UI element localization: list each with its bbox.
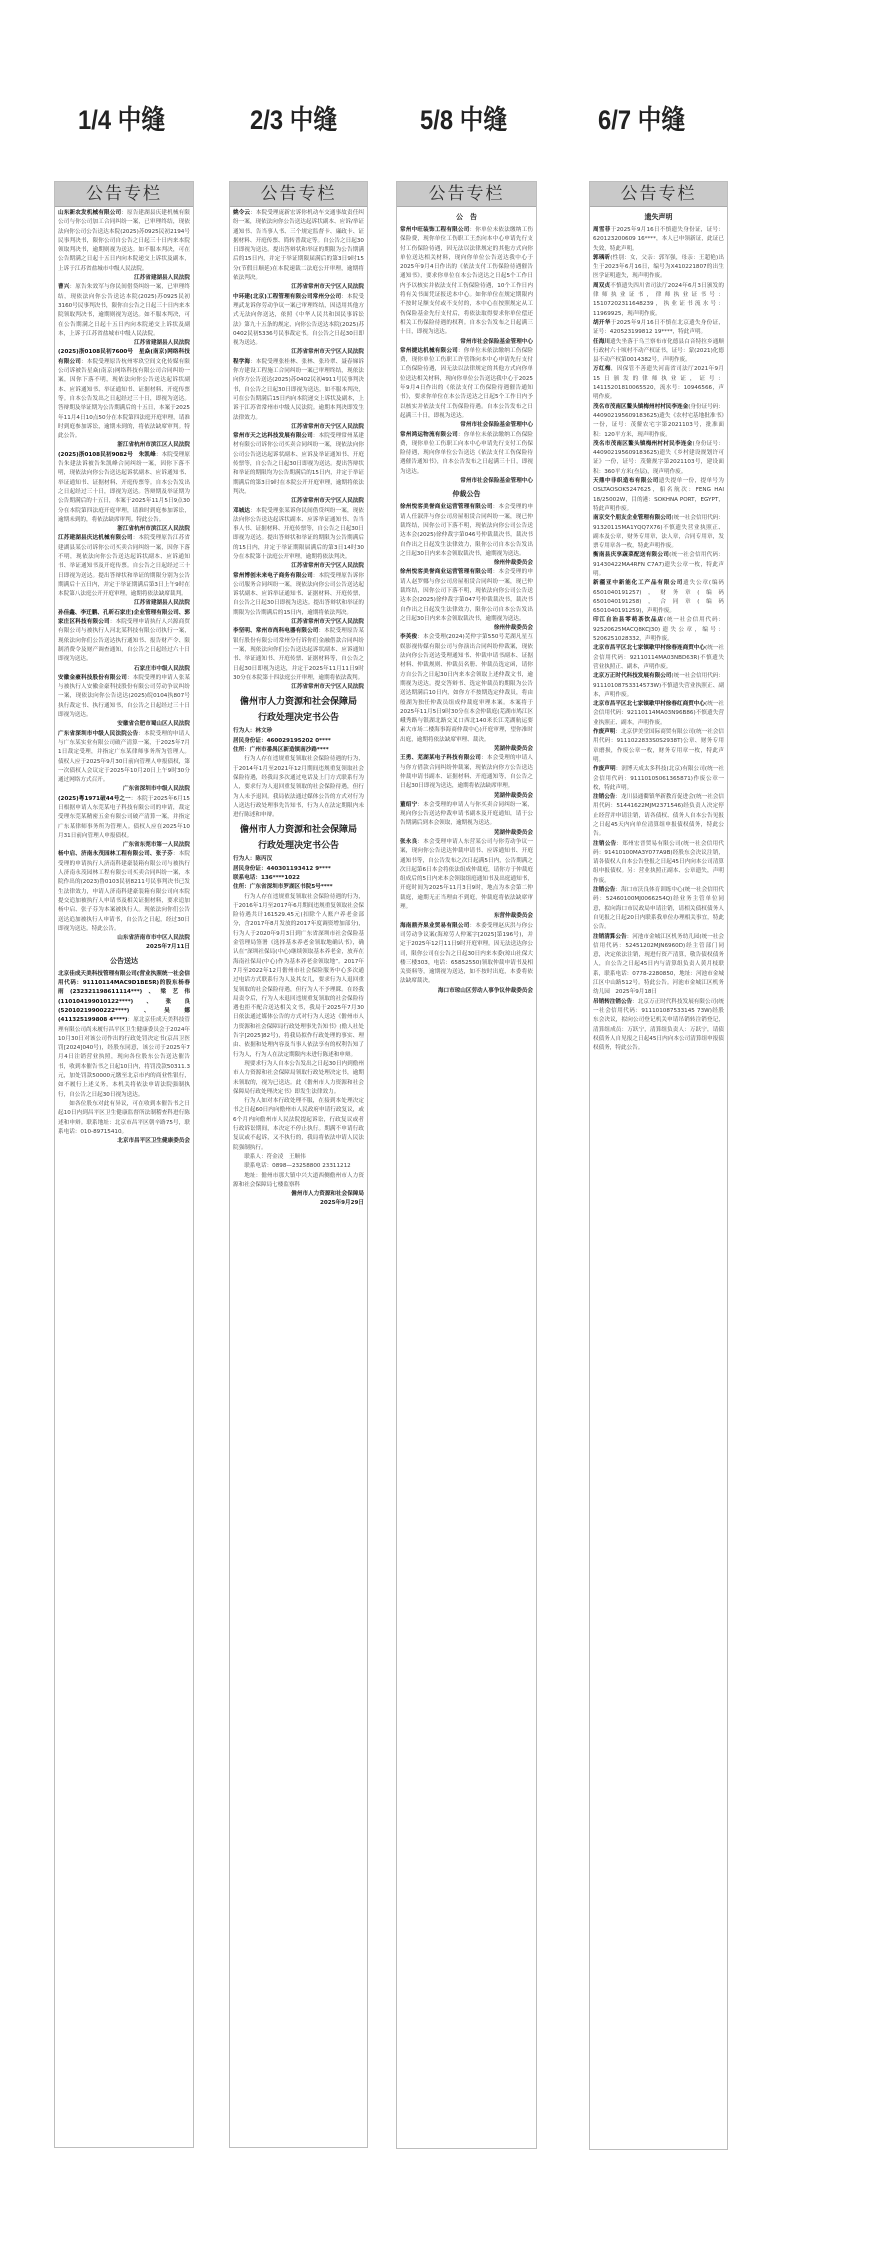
notice-item: 天鼎中非织造布有限公司遗失提单一份，提单号为OSLTAOSOK5247625，船… (593, 477, 724, 514)
issuer-signature: 芜湖仲裁委员会 (400, 792, 533, 801)
notice-party-name: 广东省深圳市中级人民法院公告 (58, 731, 138, 737)
notice-party-name: 任海川 (593, 339, 610, 345)
column-body: 姚令云：本院受理庞新宏诉你机动车交通事故责任纠纷一案，现依法向你公告送达起诉状副… (230, 207, 367, 1212)
notice-text: (性别：女，父亲：郭军强，母亲：王超艳)出生于2023年6月16日，编号为X41… (593, 255, 724, 280)
notice-date: 2025年9月29日 (233, 1199, 364, 1208)
notice-text: ：原告朱效军与你民间借贷纠纷一案，已审理终结，现依法向你公告送达本院(2025)… (58, 284, 190, 336)
notice-party-name: 徐州悦客美誉商业运营管理有限公司 (400, 504, 493, 510)
notice-item: 印江自治县零萌茶饮品店(统一社会信用代码：92520625MACQ8KCJ30)… (593, 616, 724, 644)
notice-party-name: 姚令云 (233, 210, 250, 216)
notice-text: ：本院受理常州某建材有限公司诉你公司买卖合同纠纷一案，现依法向你公司公告送达起诉… (233, 433, 364, 495)
field-value: 广州市番禺区新造镇南沙路**** (250, 747, 329, 753)
notice-item: 北京市昌平区北七家镇歇甲村徐春连商贸中心(统一社会信用代码：92110114MA… (593, 644, 724, 672)
notice-party-name: 董绍宁 (400, 802, 417, 808)
notice-item: (2025)粤1971破44号之一：本院于2025年6月15日根据申请人东莞某电… (58, 795, 190, 841)
notice-item: 吊销转注销公告：北京万正时代科技发展有限公司(统一社会信用代码：91110108… (593, 998, 724, 1054)
notice-party-name: 北京佳成天美科技管理有限公司(营业执照统一社会信用代码：91110114MAC9… (58, 971, 190, 1023)
section-title: 仲裁公告 (400, 488, 533, 501)
issuer-signature: 江苏省常州市天宁区人民法院 (233, 283, 364, 292)
contact-line: 联系电话：0898—23258800 23311212 (233, 1162, 364, 1171)
notice-item: (2025)浙0108民初9082号 朱凯峰：本院受理原告朱建法诉被告朱凯峰合同… (58, 451, 190, 525)
notice-text: ：你单位未依法缴纳工伤保险费，现你单位工伤职工王杰向本中心申请先行支付工伤保险待… (400, 227, 533, 335)
decision-title: 儋州市人力资源和社会保障局 (233, 696, 364, 708)
notice-text: ：本院受理武龙诉你劳动争议一案已审理终结，因适用其他方式无法向你送达，依照《中华… (233, 294, 364, 346)
issuer-signature: 石家庄市中级人民法院 (58, 665, 190, 674)
notice-item: 郭瑀昕(性别：女，父亲：郭军强，母亲：王超艳)出生于2023年6月16日，编号为… (593, 254, 724, 282)
notice-item: 注销公告：海口市沃良体育训练中心(统一社会信用代码：52460100MJ0066… (593, 886, 724, 932)
notice-text: ：你单位未依法缴纳工伤保险费，现你单位工伤职工向本中心申请先行支付工伤保险待遇，… (400, 432, 533, 475)
field-label: 住所： (233, 747, 250, 753)
decision-title: 行政处理决定书公告 (233, 712, 364, 724)
notice-party-name: 茂名市茂南区鳌头镇梅州村村民李连金 (593, 404, 688, 410)
issuer-signature: 江苏省常州市天宁区人民法院 (233, 562, 364, 571)
notice-party-name: 南京交个朋友企业管理有限公司 (593, 515, 671, 521)
issuer-signature: 广东省深圳市中级人民法院 (58, 785, 190, 794)
notice-party-name: 曹兴 (58, 284, 70, 290)
issuer-signature: 山东省济南市市中区人民法院 (58, 934, 190, 943)
notice-text: ：本院受理原告诉你公司服务合同纠纷一案，现依法向你公司公告送达起诉状副本、应诉举… (233, 573, 364, 616)
issuer-signature: 浙江省杭州市滨江区人民法院 (58, 525, 190, 534)
field-row: 行为人：陈丙汉 (233, 855, 364, 864)
notice-item: 董绍宁：本会受理的申请人与你买卖合同纠纷一案，现向你公告送达仲裁申请书副本及开庭… (400, 801, 533, 829)
notice-party-name: 茂名市茂南区鳌头镇梅州村村民李连金 (593, 441, 693, 447)
notice-item: 任海川遗失坐落于乌兰察布市化德县白音特拉乡通顺行政村六十顷村不动产权证书，证号：… (593, 338, 724, 366)
notice-party-name: 常州市天之达科技发展有限公司 (233, 433, 313, 439)
notice-party-name: 天鼎中非织造布有限公司 (593, 478, 659, 484)
notice-text: ：本会受理的申请人赵罗娜与你公司房屋租赁合同纠纷一案，现已仲裁终结，因你公司下落… (400, 569, 533, 621)
notice-text: ：本院受理的申请人张某与被执行人安徽金豪科技股份有限公司劳动争议纠纷一案，现依法… (58, 675, 190, 718)
notice-text: ：本院受理原告杭州零玖空间文化传媒有限公司诉被告星焱(南京)网络科技有限公司合同… (58, 359, 190, 439)
notice-text: ：北京万正时代科技发展有限公司(统一社会信用代码：911101087533145… (593, 999, 724, 1051)
notice-text: ：本院受理的申请人与广东某实业有限公司破产清算一案，于2025年7月1日裁定受理… (58, 731, 190, 783)
notice-item: 孙佳鑫、李迁鹏、孔昕石家庄)企业管理有限公司、郭家庄区科技有限公司：本院受理申请… (58, 609, 190, 665)
notice-party-name: 常州捷达机械有限公司 (400, 348, 458, 354)
notice-text: ：本院受理的申请执行人济南科建豪装箱有限公司与被执行人济南永茂园林工程有限公司买… (58, 851, 190, 931)
issuer-signature: 芜湖仲裁委员会 (400, 745, 533, 754)
column-body: 公 告常州中旺装饰工程有限公司：你单位未依法缴纳工伤保险费，现你单位工伤职工王杰… (397, 207, 536, 999)
notice-text: ：本院受理原告朱建法诉被告朱凯峰合同纠纷一案，因你下落不明，现依法向你公告送达起… (58, 452, 190, 523)
notice-item: 北京市昌平区北七家镇歇甲村徐春红商贸中心(统一社会信用代码：92110114MA… (593, 700, 724, 728)
notice-item: 广东省深圳市中级人民法院公告：本院受理的申请人与广东某实业有限公司破产清算一案，… (58, 730, 190, 786)
notice-party-name: 北京市昌平区北七家镇歇甲村徐春红商贸中心 (593, 701, 705, 707)
notice-item: 海南鼎齐果业贸易有限公司：本委受理赵庆洪与你公司劳动争议案(海琼劳人仲案字[20… (400, 922, 533, 987)
notice-party-name: 印江自治县零萌茶饮品店 (593, 617, 664, 623)
field-value: 136****1022 (261, 875, 300, 881)
notice-party-name: 常州中旺装饰工程有限公司 (400, 227, 469, 233)
notice-party-name: 李英俊 (400, 634, 417, 640)
decision-title: 行政处理决定书公告 (233, 840, 364, 852)
notice-party-name: 安徽金豪科技股份有限公司 (58, 675, 127, 681)
column-header: 公告专栏 (230, 182, 367, 207)
issuer-signature: 江苏省常州市天宁区人民法院 (233, 497, 364, 506)
notice-item: 作废声明：北京伊美堂国际商贸有限公司(统一社会信用代码：9111022833S0… (593, 728, 724, 765)
notice-text: 于2025年9月16日不慎在北京遗失身份证，证号：420523199812 19… (593, 320, 724, 335)
issuer-signature: 江苏省常州市天宁区人民法院 (233, 618, 364, 627)
field-row: 住所：广州市番禺区新造镇南沙路**** (233, 746, 364, 755)
issuer-signature: 海口市琼山区劳动人事争议仲裁委员会 (400, 987, 533, 996)
notice-party-name: 周双贞 (593, 283, 610, 289)
issuer-signature: 徐州仲裁委员会 (400, 624, 533, 633)
notice-party-name: (2025)粤1971破44号之一 (58, 796, 131, 802)
notice-text: 不慎遗失四川省司法厅2024年6月3日颁发的律师执业证书，律师执业证书号：151… (593, 283, 724, 317)
notice-party-name: (2025)浙0108民初9082号 朱凯峰 (58, 452, 156, 458)
notice-party-name: 常州博创未来电子商务有限公司 (233, 573, 313, 579)
notice-paragraph: 现要求行为人自本公告发出之日起30日内到儋州市人力资源和社会保障局领取行政处理决… (233, 1060, 364, 1097)
notice-item: 注销公告：龙川县通衢镇华新教育促进会(统一社会信用代码：51441622MJM2… (593, 793, 724, 839)
column-label-6-7: 6/7 中缝 (598, 98, 685, 137)
section-title: 公 告 (400, 211, 533, 224)
field-label: 居民身份证： (233, 738, 267, 744)
notice-party-name: 新疆亚中新能化工产品有限公司 (593, 580, 683, 586)
notice-text: ：本院受理张某诉你民间借贷纠纷一案，现依法向你公告送达起诉状副本、应诉举证通知书… (233, 508, 364, 560)
notice-text: ：本会受理的申请人与你买卖合同纠纷一案，现向你公告送达仲裁申请书副本及开庭通知，… (400, 802, 533, 827)
notice-party-name: 北京市昌平区北七家镇歇甲村徐春连商贸中心 (593, 645, 705, 651)
notice-column-4: 公告专栏 遗失声明周雪菲于2025年9月16日不慎遗失身份证，证号：620123… (589, 181, 728, 2150)
notice-item: 常州市天之达科技发展有限公司：本院受理常州某建材有限公司诉你公司买卖合同纠纷一案… (233, 432, 364, 497)
column-label-2-3: 2/3 中缝 (250, 98, 337, 137)
notice-text: ：原北京佳成天美科技管理有限公司尚未履行昌平区卫生健康委员会于2024年10月3… (58, 1017, 190, 1097)
column-header: 公告专栏 (590, 182, 727, 207)
notice-text: ：本会受理(2024)芜仲字第550号芜湖凡星互娱影视传媒有限公司与你演出合同纠… (400, 634, 533, 742)
notice-item: 安徽金豪科技股份有限公司：本院受理的申请人张某与被执行人安徽金豪科技股份有限公司… (58, 674, 190, 720)
notice-party-name: 张永良 (400, 839, 417, 845)
notice-item: 姚令云：本院受理庞新宏诉你机动车交通事故责任纠纷一案，现依法向你公告送达起诉状副… (233, 209, 364, 283)
notice-party-name: 山东新农发机械有限公司 (58, 210, 121, 216)
notice-party-name: 常州鸿运物流有限公司 (400, 432, 458, 438)
notice-text: ：本院受理张桂林、张林、张玲翠、聂春娣诉你方建设工程施工合同纠纷一案已审理终结，… (233, 359, 364, 421)
notice-text: ：本院受理庞新宏诉你机动车交通事故责任纠纷一案，现依法向你公告送达起诉状副本、应… (233, 210, 364, 281)
issuer-signature: 芜湖仲裁委员会 (400, 829, 533, 838)
notice-party-name: 万红梅 (593, 366, 611, 372)
column-header: 公告专栏 (55, 182, 193, 207)
notice-text: ：河池市金城江区机务幼儿园(统一社会信用代码：52451202MJN6960D)… (593, 934, 724, 996)
notice-party-name: 胡开华 (593, 320, 611, 326)
notice-party-name: 邓城达 (233, 508, 250, 514)
decision-title: 儋州市人力资源和社会保障局 (233, 824, 364, 836)
field-value: 林文珍 (255, 728, 272, 734)
notice-item: 程学海：本院受理张桂林、张林、张玲翠、聂春娣诉你方建设工程施工合同纠纷一案已审理… (233, 358, 364, 423)
field-value: 陈丙汉 (255, 856, 272, 862)
issuer-signature: 江苏省常州市天宁区人民法院 (233, 423, 364, 432)
notice-item: 衡南县庆享蔬菜配送有限公司(统一社会信用代码：91430422MA4RFN C7… (593, 551, 724, 579)
notice-item: 王勇、芜湖某电子科技有限公司：本会受理的申请人与你方借款合同纠纷仲裁案，现依法向… (400, 754, 533, 791)
notice-item: 注销公告：郑州宏晋贸易有限公司(统一社会信用代码：91410100MA3Y077… (593, 840, 724, 886)
field-row: 居民身份证：460029195202 0**** (233, 737, 364, 746)
notice-item: 李英俊：本会受理(2024)芜仲字第550号芜湖凡星互娱影视传媒有限公司与你演出… (400, 633, 533, 745)
notice-paragraph: 行为人存在违规重复领取社会保险待遇的行为，于2014年1月至2021年12月期间… (233, 755, 364, 820)
column-label-5-8: 5/8 中缝 (420, 98, 507, 137)
contact-line: 地址：儋州市那大镇中兴大道西侧儋州市人力资源和社会保障局七楼监察科 (233, 1172, 364, 1191)
section-title: 遗失声明 (593, 211, 724, 224)
notice-item: 常州捷达机械有限公司：你单位未依法缴纳工伤保险费，现你单位工伤职工许管锋向本中心… (400, 347, 533, 421)
notice-text: ：海口市沃良体育训练中心(统一社会信用代码：52460100MJ0066254Q… (593, 887, 724, 930)
issuer-signature: 江苏省建湖县人民法院 (58, 274, 190, 283)
field-row: 联系电话：136****1022 (233, 874, 364, 883)
field-row: 居民身份证：440301193412 9**** (233, 865, 364, 874)
notice-party-name: 吊销转注销公告 (593, 999, 632, 1005)
notice-item: 茂名市茂南区鳌头镇梅州村村民李连金(身份证号码：4409021956091836… (593, 403, 724, 440)
notice-text: ：原告建湖县庆建机械有限公司与你公司加工合同纠纷一案，已审理终结，现依法向你公司… (58, 210, 190, 272)
notice-text: ：你单位未依法缴纳工伤保险费，现你单位工伤职工许管锋向本中心申请先行支付工伤保险… (400, 348, 533, 419)
notice-party-name: 周雪菲 (593, 227, 611, 233)
notice-column-2: 公告专栏 姚令云：本院受理庞新宏诉你机动车交通事故责任纠纷一案，现依法向你公告送… (229, 181, 368, 2148)
issuer-signature: 北京市昌平区卫生健康委员会 (58, 1137, 190, 1146)
issuer-signature: 安徽省合肥市蜀山区人民法院 (58, 720, 190, 729)
notice-date: 2025年7月11日 (58, 943, 190, 952)
notice-item: 张永良：本会受理申请人东营某公司与你劳动争议一案，现向你公告送达仲裁申请书、应诉… (400, 838, 533, 912)
notice-party-name: 王勇、芜湖某电子科技有限公司 (400, 755, 481, 761)
notice-item: 周雪菲于2025年9月16日不慎遗失身份证，证号：620123200609 16… (593, 226, 724, 254)
issuer-signature: 东营仲裁委员会 (400, 912, 533, 921)
column-label-1-4: 1/4 中缝 (78, 98, 165, 137)
contact-line: 联系人：符金凌 王顺伟 (233, 1153, 364, 1162)
notice-party-name: 程学海 (233, 359, 250, 365)
notice-item: 杨中启、济南永茂园林工程有限公司、张子芬：本院受理的申请执行人济南科建豪装箱有限… (58, 850, 190, 934)
notice-text: ：本委受理赵庆洪与你公司劳动争议案(海琼劳人仲案字[2025]第196号)，并定… (400, 923, 533, 985)
notice-item: 北京万正时代科技发展有限公司(统一社会信用代码：9111010875331457… (593, 672, 724, 700)
notice-party-name: 注销清算公告 (593, 934, 627, 940)
notice-item: 周双贞不慎遗失四川省司法厅2024年6月3日颁发的律师执业证书，律师执业证书号：… (593, 282, 724, 319)
notice-text: ：郑州宏晋贸易有限公司(统一社会信用代码：91410100MA3Y077A9B)… (593, 841, 724, 884)
issuer-signature: 常州市社会保险基金管理中心 (400, 477, 533, 486)
column-header: 公告专栏 (397, 182, 536, 207)
notice-party-name: 中环建(北京)工程管理有限公司常州分公司 (233, 294, 341, 300)
notice-party-name: 作废声明 (593, 766, 616, 772)
notice-party-name: 郭瑀昕 (593, 255, 610, 261)
notice-text: ：本院于2025年6月15日根据申请人东莞某电子科技有限公司的申请，裁定受理东莞… (58, 796, 190, 839)
notice-text: 于2025年9月16日不慎遗失身份证，证号：620123200609 16***… (593, 227, 724, 252)
notice-party-name: 衡南县庆享蔬菜配送有限公司 (593, 552, 669, 558)
notice-item: 徐州悦客美誉商业运营管理有限公司：本会受理的申请人任淑萍与你公司房屋租赁合同纠纷… (400, 503, 533, 559)
issuer-signature: 江苏省常州市天宁区人民法院 (233, 348, 364, 357)
notice-item: (2025)浙0108民初7600号 星焱(南京)网络科技有限公司：本院受理原告… (58, 348, 190, 441)
notice-item: 北京佳成天美科技管理有限公司(营业执照统一社会信用代码：91110114MAC9… (58, 970, 190, 1100)
notice-party-name: 海南鼎齐果业贸易有限公司 (400, 923, 469, 929)
notice-item: 常州鸿运物流有限公司：你单位未依法缴纳工伤保险费，现你单位工伤职工向本中心申请先… (400, 431, 533, 477)
notice-text: ：本院受理原告某银行股份有限公司常州分行诉你们金融借款合同纠纷一案，现依法向你们… (233, 628, 364, 680)
notice-party-name: 李坚明、常州市尚科电器有限公司 (233, 628, 318, 634)
field-value: 460029195202 0**** (267, 738, 331, 744)
notice-item: 徐州悦客美誉商业运营管理有限公司：本会受理的申请人赵罗娜与你公司房屋租赁合同纠纷… (400, 568, 533, 624)
notice-paragraph: 如各位股东对此有异议，可在收到本催告书之日起10日内到昌平区卫生健康监督所法制稽… (58, 1100, 190, 1137)
notice-text: ：本院受理原告江苏省建湖县某公司诉你公司买卖合同纠纷一案，因你下落不明，现依法向… (58, 535, 190, 597)
notice-text: ：本院受理申请执行人兴源商贸有限公司与被执行人河北某科技有限公司执行一案，现依法… (58, 619, 190, 662)
field-label: 居民身份证： (233, 866, 267, 872)
notice-item: 江苏建湖县庆达机械有限公司：本院受理原告江苏省建湖县某公司诉你公司买卖合同纠纷一… (58, 534, 190, 599)
issuer-signature: 徐州仲裁委员会 (400, 559, 533, 568)
notice-party-name: 江苏建湖县庆达机械有限公司 (58, 535, 133, 541)
notice-item: 中环建(北京)工程管理有限公司常州分公司：本院受理武龙诉你劳动争议一案已审理终结… (233, 293, 364, 349)
field-label: 行为人： (233, 856, 255, 862)
notice-text: ：本会受理申请人东营某公司与你劳动争议一案，现向你公告送达仲裁申请书、应诉通知书… (400, 839, 533, 910)
notice-item: 茂名市茂南区鳌头镇梅州村村民李连金(身份证号：44090219560918362… (593, 440, 724, 477)
notice-column-3: 公告专栏 公 告常州中旺装饰工程有限公司：你单位未依法缴纳工伤保险费，现你单位工… (396, 181, 537, 2149)
field-label: 行为人： (233, 728, 255, 734)
notice-item: 作废声明：润博天成太多科技(北京)有限公司(统一社会信用代码：911101050… (593, 765, 724, 793)
notice-item: 邓城达：本院受理张某诉你民间借贷纠纷一案，现依法向你公告送达起诉状副本、应诉举证… (233, 507, 364, 563)
notice-text: 遗失坐落于乌兰察布市化德县白音特拉乡通顺行政村六十顷村不动产权证书，证号：蒙(2… (593, 339, 724, 364)
field-row: 住所：广东省深圳市罗湖区书院5号**** (233, 883, 364, 892)
field-label: 住所： (233, 884, 250, 890)
notice-text: ：龙川县通衢镇华新教育促进会(统一社会信用代码：51441622MJM23715… (593, 794, 724, 837)
notice-item: 万红梅，因保管不善遗失河南省司法厅2021年9月15日颁发的律师执业证，证号：1… (593, 365, 724, 402)
notice-item: 曹兴：原告朱效军与你民间借贷纠纷一案，已审理终结，现依法向你公告送达本院(202… (58, 283, 190, 339)
issuer-signature: 江苏省建湖县人民法院 (58, 599, 190, 608)
field-label: 联系电话： (233, 875, 261, 881)
notice-item: 李坚明、常州市尚科电器有限公司：本院受理原告某银行股份有限公司常州分行诉你们金融… (233, 627, 364, 683)
notice-item: 山东新农发机械有限公司：原告建湖县庆建机械有限公司与你公司加工合同纠纷一案，已审… (58, 209, 190, 274)
notice-party-name: 注销公告 (593, 841, 616, 847)
notice-paragraph: 行为人如对本行政处理不服，在接到本处理决定书之日起60日内向儋州市人民政府申请行… (233, 1097, 364, 1153)
issuer-signature: 儋州市人力资源和社会保障局 (233, 1190, 364, 1199)
notice-text: ，因保管不善遗失河南省司法厅2021年9月15日颁发的律师执业证，证号：1411… (593, 366, 724, 400)
notice-item: 新疆亚中新能化工产品有限公司遗失公章(编码6501040191257)，财务章(… (593, 579, 724, 616)
notice-item: 胡开华于2025年9月16日不慎在北京遗失身份证，证号：420523199812… (593, 319, 724, 338)
notice-paragraph: 行为人存在违规重复领取社会保险待遇的行为，于2016年1月至2017年6月期间违… (233, 893, 364, 1060)
notice-text: ：本会受理的申请人任淑萍与你公司房屋租赁合同纠纷一案，现已仲裁终结，因你公司下落… (400, 504, 533, 556)
notice-item: 常州博创未来电子商务有限公司：本院受理原告诉你公司服务合同纠纷一案，现依法向你公… (233, 572, 364, 618)
issuer-signature: 广东省东莞市第一人民法院 (58, 841, 190, 850)
notice-party-name: 作废声明 (593, 729, 615, 735)
issuer-signature: 江苏省常州市天宁区人民法院 (233, 683, 364, 692)
field-row: 行为人：林文珍 (233, 727, 364, 736)
column-body: 遗失声明周雪菲于2025年9月16日不慎遗失身份证，证号：62012320060… (590, 207, 727, 1056)
issuer-signature: 江苏省建湖县人民法院 (58, 339, 190, 348)
section-title: 公告送达 (58, 955, 190, 968)
field-value: 广东省深圳市罗湖区书院5号**** (250, 884, 333, 890)
issuer-signature: 浙江省杭州市滨江区人民法院 (58, 441, 190, 450)
notice-party-name: 北京万正时代科技发展有限公司 (593, 673, 671, 679)
notice-party-name: 杨中启、济南永茂园林工程有限公司、张子芬 (58, 851, 173, 857)
notice-item: 南京交个朋友企业管理有限公司(统一社会信用代码：91320115MA1YQQ7X… (593, 514, 724, 551)
notice-party-name: 徐州悦客美誉商业运营管理有限公司 (400, 569, 493, 575)
notice-party-name: 注销公告 (593, 794, 615, 800)
notice-item: 常州中旺装饰工程有限公司：你单位未依法缴纳工伤保险费，现你单位工伤职工王杰向本中… (400, 226, 533, 338)
issuer-signature: 常州市社会保险基金管理中心 (400, 421, 533, 430)
issuer-signature: 常州市社会保险基金管理中心 (400, 338, 533, 347)
notice-party-name: 注销公告 (593, 887, 615, 893)
field-value: 440301193412 9**** (267, 866, 331, 872)
notice-column-1: 公告专栏 山东新农发机械有限公司：原告建湖县庆建机械有限公司与你公司加工合同纠纷… (54, 181, 194, 2148)
column-body: 山东新农发机械有限公司：原告建湖县庆建机械有限公司与你公司加工合同纠纷一案，已审… (55, 207, 193, 1149)
notice-item: 注销清算公告：河池市金城江区机务幼儿园(统一社会信用代码：52451202MJN… (593, 933, 724, 998)
